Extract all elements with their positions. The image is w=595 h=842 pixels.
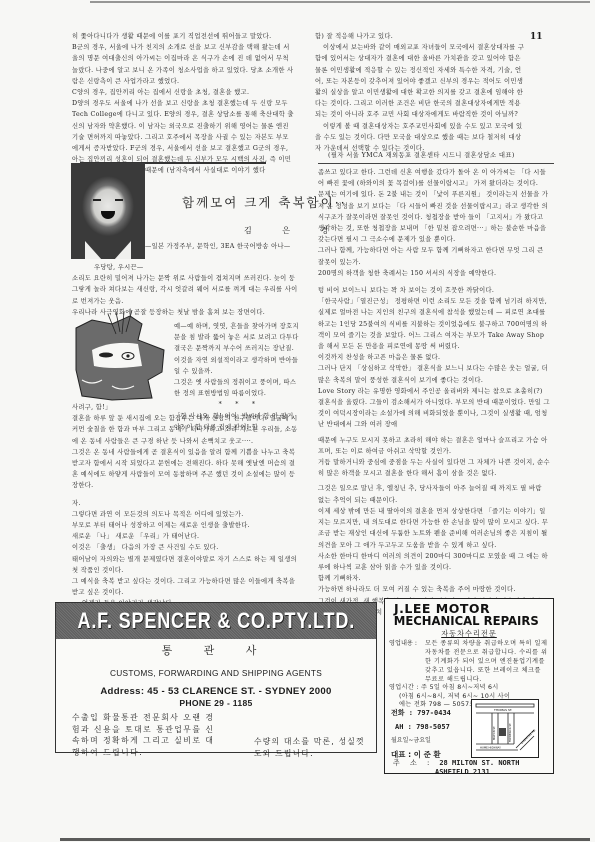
paragraph: 그 예식을 축복 받고 싶다는 것이다. 그리고 가능하다면 많은 이들에게 축… [72,576,300,598]
spencer-services: CUSTOMS, FORWARDING AND SHIPPING AGENTS [56,668,376,678]
paragraph: 태어남이 자의와는 별개 문제였다면 결혼이야말로 자기 스스로 하는 제 일생… [72,554,300,576]
jlee-contact: 전화 : 797-0434 AH : 798-5057 월요일~금요일 대표 :… [391,706,451,762]
paragraph: 이것을 자연 외설적이라고 생각하며 반아들일 수 있을까. [174,355,300,377]
jlee-business-text: 모든 종류의 차량을 취급하오며 특히 일제 자동차를 전문으로 취급합니다. … [425,639,553,684]
article-left-body: 사려구, 함!」 결혼을 하루 앞 둔 새시집에 오는 함잡수는 대개 신랑의 … [72,402,300,632]
spencer-body-right: 수량의 대소를 막론, 성실껏 도와 드립니다. [254,736,374,759]
author-photo [71,163,145,259]
jlee-address-line2: ASHFIELD 2131 [393,768,519,777]
jlee-subtitle: 자동차수리전문 [385,629,553,639]
map-label-frederick-st: FREDERICK ST. [508,723,512,742]
section-divider [318,163,554,164]
photo-detail [115,199,123,201]
jlee-after-hours-phone: AH : 798-5057 [391,720,451,734]
paragraph: 자. [72,498,300,509]
map-label-thomas-st: THOMAS ST. [493,708,512,712]
paragraph: 히 쫓아다니다가 생활 때문에 이를 포기 직업전선에 뛰어들고 말았다. [72,31,294,42]
paragraph: 그러나 함께, 가능하다면 아는 사람 모두 함께 기뻐하자고 한다면 무엇 그… [318,245,550,267]
jlee-phone: 전화 : 797-0434 [391,706,451,720]
jlee-address-label: 주 소 : [393,759,433,767]
photo-detail [101,211,115,219]
spencer-phone: PHONE 29 - 1185 [56,698,376,708]
jlee-days: 월요일~금요일 [391,734,451,748]
jlee-hours-label: 영업시간 : [389,684,419,691]
jlee-hours-text: 주 5일 아침 8시~저녁 6시 [421,684,498,691]
article-right-column: 좀쓰고 있다고 한다. 그런데 신혼 여행을 갔다가 돌아 온 이 아가씨는 「… [318,167,550,618]
location-map: THOMAS ST. MILTON ST. FREDERICK ST. LIVE… [471,699,539,758]
page-number: 11 [530,32,543,42]
paragraph: 가능하면 하나라도 더 모여 커질 수 있는 축복을 주어 마땅한 것이다. [318,584,550,595]
jlee-business-row: 영업내용 : 모든 종류의 차량을 취급하오며 특히 일제 자동차를 전문으로 … [385,639,553,684]
paragraph: 이것은 「출생」 다음의 가장 큰 사건일 수도 있다. [72,542,300,553]
photo-detail [85,241,131,259]
map-label-hume-highway: HUME HIGHWAY [480,746,501,750]
jlee-address: 주 소 :28 MILTON ST. NORTH ASHFIELD 2131 [393,759,519,777]
paragraph: 「한국사람」「열진근성」 정평하면 이런 소리도 모든 것을 함께 넘기려 하지… [318,296,550,352]
spencer-address: Address: 45 - 53 CLARENCE ST. - SYDNEY 2… [56,686,376,697]
top-border-rule [90,1,590,3]
paragraph: 그것은 옛 사람들의 정취이고 풍이며, 따스한 정의 표현방법임 따름이었다. [174,377,300,399]
paragraph: 좀쓰고 있다고 한다. 그런데 신혼 여행을 갔다가 돌아 온 이 아가씨는 「… [318,167,550,189]
paragraph: 부모로 부터 태어나 성장하고 이제는 새로운 인생을 출발한다. [72,520,300,531]
spencer-body: 수출입 화물통관 전문회사 오랜 경험과 신용을 토대로 통관업무를 신속하며 … [56,708,376,759]
author-description: —일본 가정주부, 문학인, 3EA 한국어방송 아나— [145,241,290,250]
paragraph: 문제는 여기에 있다. 돈 2불 내는 것이 「낯이 푸른지원」 것이라는지 선… [318,189,550,245]
paragraph: 사소한 한마디 한마디 여러의 의견이 200마디 300마디로 모였을 때 그… [318,551,550,573]
paragraph: 이상에서 보는바와 같이 매외교포 자녀들이 모국에서 결혼상대자를 구함에 있… [315,42,525,120]
paragraph: 그것은 온 동네 사람들에게 곧 결혼식이 있음을 알려 함께 기쁨을 나누고 … [72,447,300,492]
jlee-title-line2: MECHANICAL REPAIRS [385,614,548,628]
paragraph: 함) 잘 적응해 나가고 있다. [315,31,525,42]
spencer-advertisement: A.F. SPENCER & CO.PTY.LTD. 통 관 사 CUSTOMS… [55,602,377,753]
jlee-address-line1: 28 MILTON ST. NORTH [439,759,519,767]
paragraph: 이제 세상 밖에 만든 내 딸아이의 결혼을 먼저 상상한다면 「즐기는 이야기… [318,506,550,551]
paragraph: 그러나 단지 「상심하고 삭막한」 결혼식을 보느니 보다는 수많은 웃는 얼굴… [318,363,550,385]
paragraph: 예—예 하며, 엿엿, 흔들을 찾아가며 장호지 문을 침 발라 뚫어 놓은 서… [174,321,300,355]
wedding-night-illustration [72,310,168,402]
spencer-body-left: 수출입 화물통관 전문회사 오랜 경험과 신용을 토대로 통관업무를 신속하며 … [72,712,222,759]
spencer-korean-title: 통 관 사 [56,642,376,658]
continuation-right-column: 함) 잘 적응해 나가고 있다. 이상에서 보는바와 같이 매외교포 자녀들이 … [315,31,525,154]
paragraph: 결혼을 하루 앞 둔 새시집에 오는 함잡수는 대개 신랑의 친구들이다. 얼굴… [72,413,300,447]
paragraph: 그렇다면 과연 이 모든것의 의도나 목적은 어디에 있었는가. [72,509,300,520]
spencer-banner: A.F. SPENCER & CO.PTY.LTD. [56,603,376,639]
paragraph: 우당탕, 우시끈— [72,262,300,273]
paragraph: B군의 경우, 서울에 나가 친지의 소개로 선을 보고 신부감을 택해 왔는데… [72,42,294,87]
paragraph: 이것까지 찬성을 하고픈 마음은 물론 없다. [318,352,550,363]
paragraph: Love Story 라는 유명한 영화에서 주인공 올리버와 제니는 참으로 … [318,386,550,431]
paragraph: C양의 경우, 집안끼리 아는 집에서 신랑을 초청, 결혼을 했고. [72,87,294,98]
jlee-motor-advertisement: J.LEE MOTOR MECHANICAL REPAIRS 자동차수리전문 영… [384,598,554,774]
continuation-left-column: 히 쫓아다니다가 생활 때문에 이를 포기 직업전선에 뛰어들고 말았다. B군… [72,31,294,177]
map-label-milton-st: MILTON ST. [492,726,496,740]
paragraph: 함께 기뻐하자. [318,573,550,584]
author-credit: (필자 서울 YMCA 재외동포 결혼센타 시드니 결혼상담소 대표) [328,150,515,159]
paragraph: 때문에 누구도 모시지 못하고 초라히 해야 하는 결혼은 얼마나 슬프리고 가… [318,435,550,457]
paragraph: 200명의 하객을 청한 축례서는 150 셔서의 식장을 예약한다. [318,268,550,279]
paragraph: 거듭 말하거니와 중심에 중점을 두는 사실이 있다면 그 자체가 나쁜 것이지… [318,457,550,479]
paragraph: 소리도 요란히 밀어져 나가는 문짝 위로 사람들이 겹쳐지며 쓰러진다. 늦이… [72,273,300,307]
paragraph: 텅 비어 보이느니 보다는 꽉 차 보이는 것이 흐뭇한 까닭이다. [318,285,550,296]
bottom-border-rule [60,838,590,841]
paragraph: 그것은 일으로 말닌 후, 엘칭닌 추, 당사자들이 아주 늘어질 때 까지도 … [318,483,550,505]
spencer-company-name: A.F. SPENCER & CO.PTY.LTD. [77,608,355,634]
jlee-business-label: 영업내용 : [389,639,425,684]
paragraph: 새로운 「나」 새로운 「우리」가 태어난다. [72,531,300,542]
paragraph: 사려구, 함!」 [72,402,300,413]
photo-detail [93,199,101,201]
